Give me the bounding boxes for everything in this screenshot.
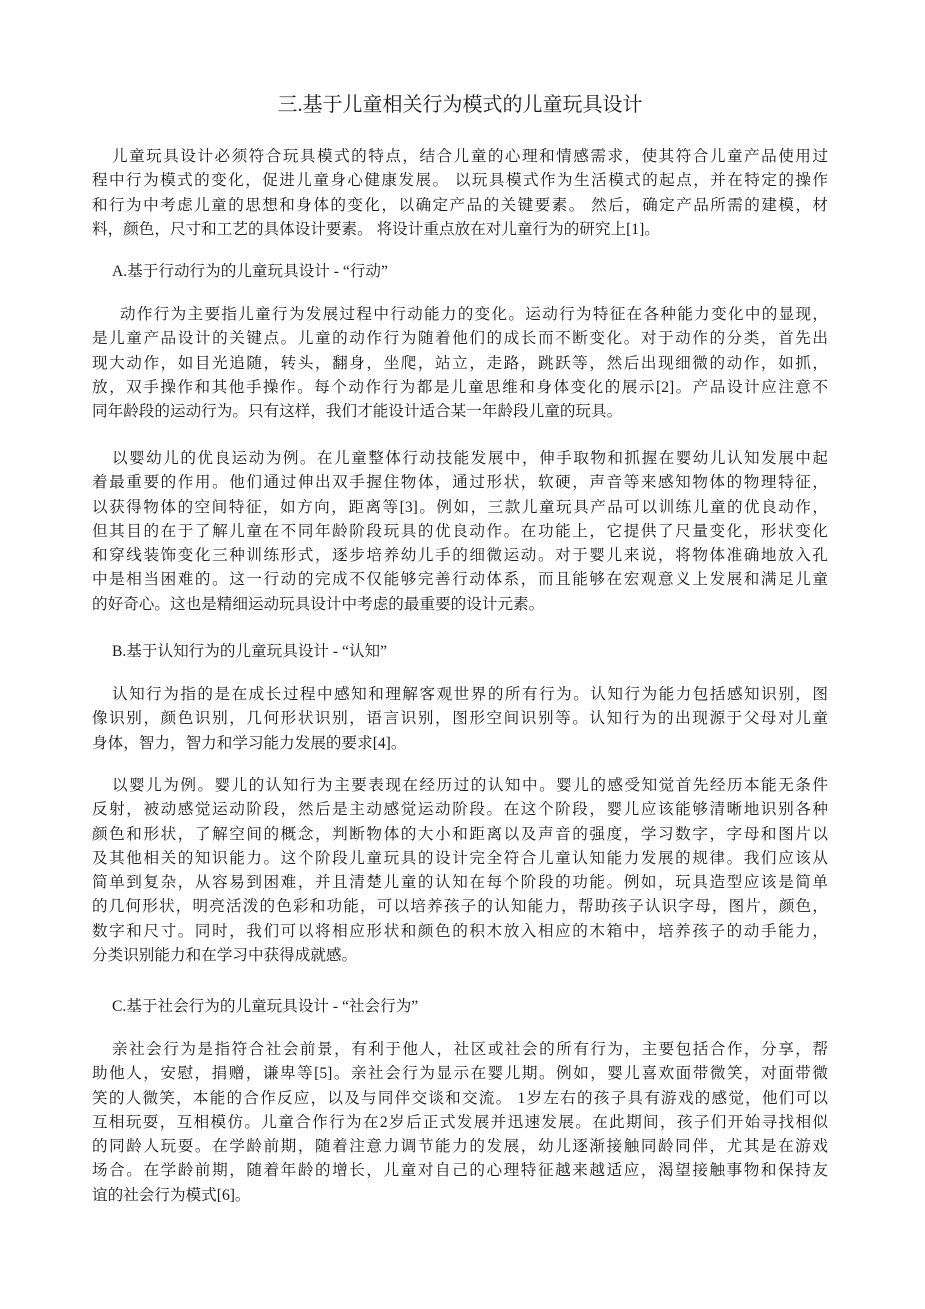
text-line: 以获得物体的空间特征，如方向，距离等[3]。例如，三款儿童玩具产品可以训练儿童的… <box>92 496 828 520</box>
text-line: 场合。在学龄前期，随着年龄的增长，儿童对自己的心理特征越来越适应，渴望接触事物和… <box>92 1159 828 1183</box>
paragraph-b-1: 认知行为指的是在成长过程中感知和理解客观世界的所有行为。认知行为能力包括感知识别… <box>92 683 828 756</box>
text-line: 亲社会行为是指符合社会前景，有利于他人，社区或社会的所有行为，主要包括合作，分享… <box>92 1038 828 1062</box>
text-line: 中是相当困难的。这一行动的完成不仅能够完善行动体系，而且能够在宏观意义上发展和满… <box>92 568 828 592</box>
paragraph-a-2: 以婴幼儿的优良运动为例。在儿童整体行动技能发展中，伸手取物和抓握在婴幼儿认知发展… <box>92 447 828 617</box>
text-line: 及其他相关的知识能力。这个阶段儿童玩具的设计完全符合儿童认知能力发展的规律。我们… <box>92 847 828 871</box>
text-line: 谊的社会行为模式[6]。 <box>92 1184 828 1208</box>
text-line: 着最重要的作用。他们通过伸出双手握住物体，通过形状，软硬，声音等来感知物体的物理… <box>92 471 828 495</box>
document-title: 三.基于儿童相关行为模式的儿童玩具设计 <box>78 92 842 118</box>
text-line: 同年龄段的运动行为。只有这样，我们才能设计适合某一年龄段儿童的玩具。 <box>92 400 828 424</box>
text-line: 的几何形状，明亮活泼的色彩和功能，可以培养孩子的认知能力，帮助孩子认识字母，图片… <box>92 895 828 919</box>
text-line: 认知行为指的是在成长过程中感知和理解客观世界的所有行为。认知行为能力包括感知识别… <box>92 683 828 707</box>
text-line: 是儿童产品设计的关键点。儿童的动作行为随着他们的成长而不断变化。对于动作的分类，… <box>92 327 828 351</box>
text-line: 和行为中考虑儿童的思想和身体的变化，以确定产品的关键要素。 然后，确定产品所需的… <box>92 194 828 218</box>
text-line: 颜色和形状，了解空间的概念，判断物体的大小和距离以及声音的强度，学习数字，字母和… <box>92 823 828 847</box>
paragraph-b-2: 以婴儿为例。婴儿的认知行为主要表现在经历过的认知中。婴儿的感受知觉首先经历本能无… <box>92 774 828 968</box>
text-line: 儿童玩具设计必须符合玩具模式的特点，结合儿童的心理和情感需求，使其符合儿童产品使… <box>92 145 828 169</box>
text-line: 动作行为主要指儿童行为发展过程中行动能力的变化。运动行为特征在各种能力变化中的显… <box>92 303 828 327</box>
paragraph-intro: 儿童玩具设计必须符合玩具模式的特点，结合儿童的心理和情感需求，使其符合儿童产品使… <box>92 145 828 242</box>
text-line: 料，颜色，尺寸和工艺的具体设计要素。 将设计重点放在对儿童行为的研究上[1]。 <box>92 218 828 242</box>
text-line: 像识别，颜色识别，几何形状识别，语言识别，图形空间识别等。认知行为的出现源于父母… <box>92 707 828 731</box>
text-line: 数字和尺寸。同时，我们可以将相应形状和颜色的积木放入相应的木箱中，培养孩子的动手… <box>92 920 828 944</box>
text-line: 简单到复杂，从容易到困难，并且清楚儿童的认知在每个阶段的功能。例如，玩具造型应该… <box>92 871 828 895</box>
paragraph-a-1: 动作行为主要指儿童行为发展过程中行动能力的变化。运动行为特征在各种能力变化中的显… <box>92 303 828 424</box>
text-line: 身体，智力，智力和学习能力发展的要求[4]。 <box>92 732 828 756</box>
text-line: 以婴儿为例。婴儿的认知行为主要表现在经历过的认知中。婴儿的感受知觉首先经历本能无… <box>92 774 828 798</box>
section-heading-a: A.基于行动行为的儿童玩具设计 - “行动” <box>112 260 388 284</box>
text-line: 助他人，安慰，捐赠，谦卑等[5]。亲社会行为显示在婴儿期。例如，婴儿喜欢面带微笑… <box>92 1062 828 1086</box>
text-line: 但其目的在于了解儿童在不同年龄阶段玩具的优良动作。在功能上，它提供了尺量变化，形… <box>92 520 828 544</box>
text-line: 的同龄人玩耍。在学龄前期，随着注意力调节能力的发展，幼儿逐渐接触同龄同伴，尤其是… <box>92 1135 828 1159</box>
text-line: 放，双手操作和其他手操作。每个动作行为都是儿童思维和身体变化的展示[2]。产品设… <box>92 376 828 400</box>
section-heading-b: B.基于认知行为的儿童玩具设计 - “认知” <box>112 640 387 664</box>
text-line: 现大动作，如目光追随，转头，翻身，坐爬，站立，走路，跳跃等，然后出现细微的动作，… <box>92 352 828 376</box>
section-heading-c: C.基于社会行为的儿童玩具设计 - “社会行为” <box>112 995 418 1019</box>
text-line: 笑的人微笑，本能的合作反应，以及与同伴交谈和交流。 1岁左右的孩子具有游戏的感觉… <box>92 1087 828 1111</box>
paragraph-c-1: 亲社会行为是指符合社会前景，有利于他人，社区或社会的所有行为，主要包括合作，分享… <box>92 1038 828 1208</box>
text-line: 程中行为模式的变化，促进儿童身心健康发展。 以玩具模式作为生活模式的起点，并在特… <box>92 169 828 193</box>
text-line: 分类识别能力和在学习中获得成就感。 <box>92 944 828 968</box>
text-line: 和穿线装饰变化三种训练形式，逐步培养幼儿手的细微运动。对于婴儿来说，将物体准确地… <box>92 544 828 568</box>
text-line: 以婴幼儿的优良运动为例。在儿童整体行动技能发展中，伸手取物和抓握在婴幼儿认知发展… <box>92 447 828 471</box>
text-line: 反射，被动感觉运动阶段，然后是主动感觉运动阶段。在这个阶段，婴儿应该能够清晰地识… <box>92 798 828 822</box>
text-line: 互相玩耍，互相模仿。儿童合作行为在2岁后正式发展并迅速发展。在此期间，孩子们开始… <box>92 1111 828 1135</box>
text-line: 的好奇心。这也是精细运动玩具设计中考虑的最重要的设计元素。 <box>92 593 828 617</box>
